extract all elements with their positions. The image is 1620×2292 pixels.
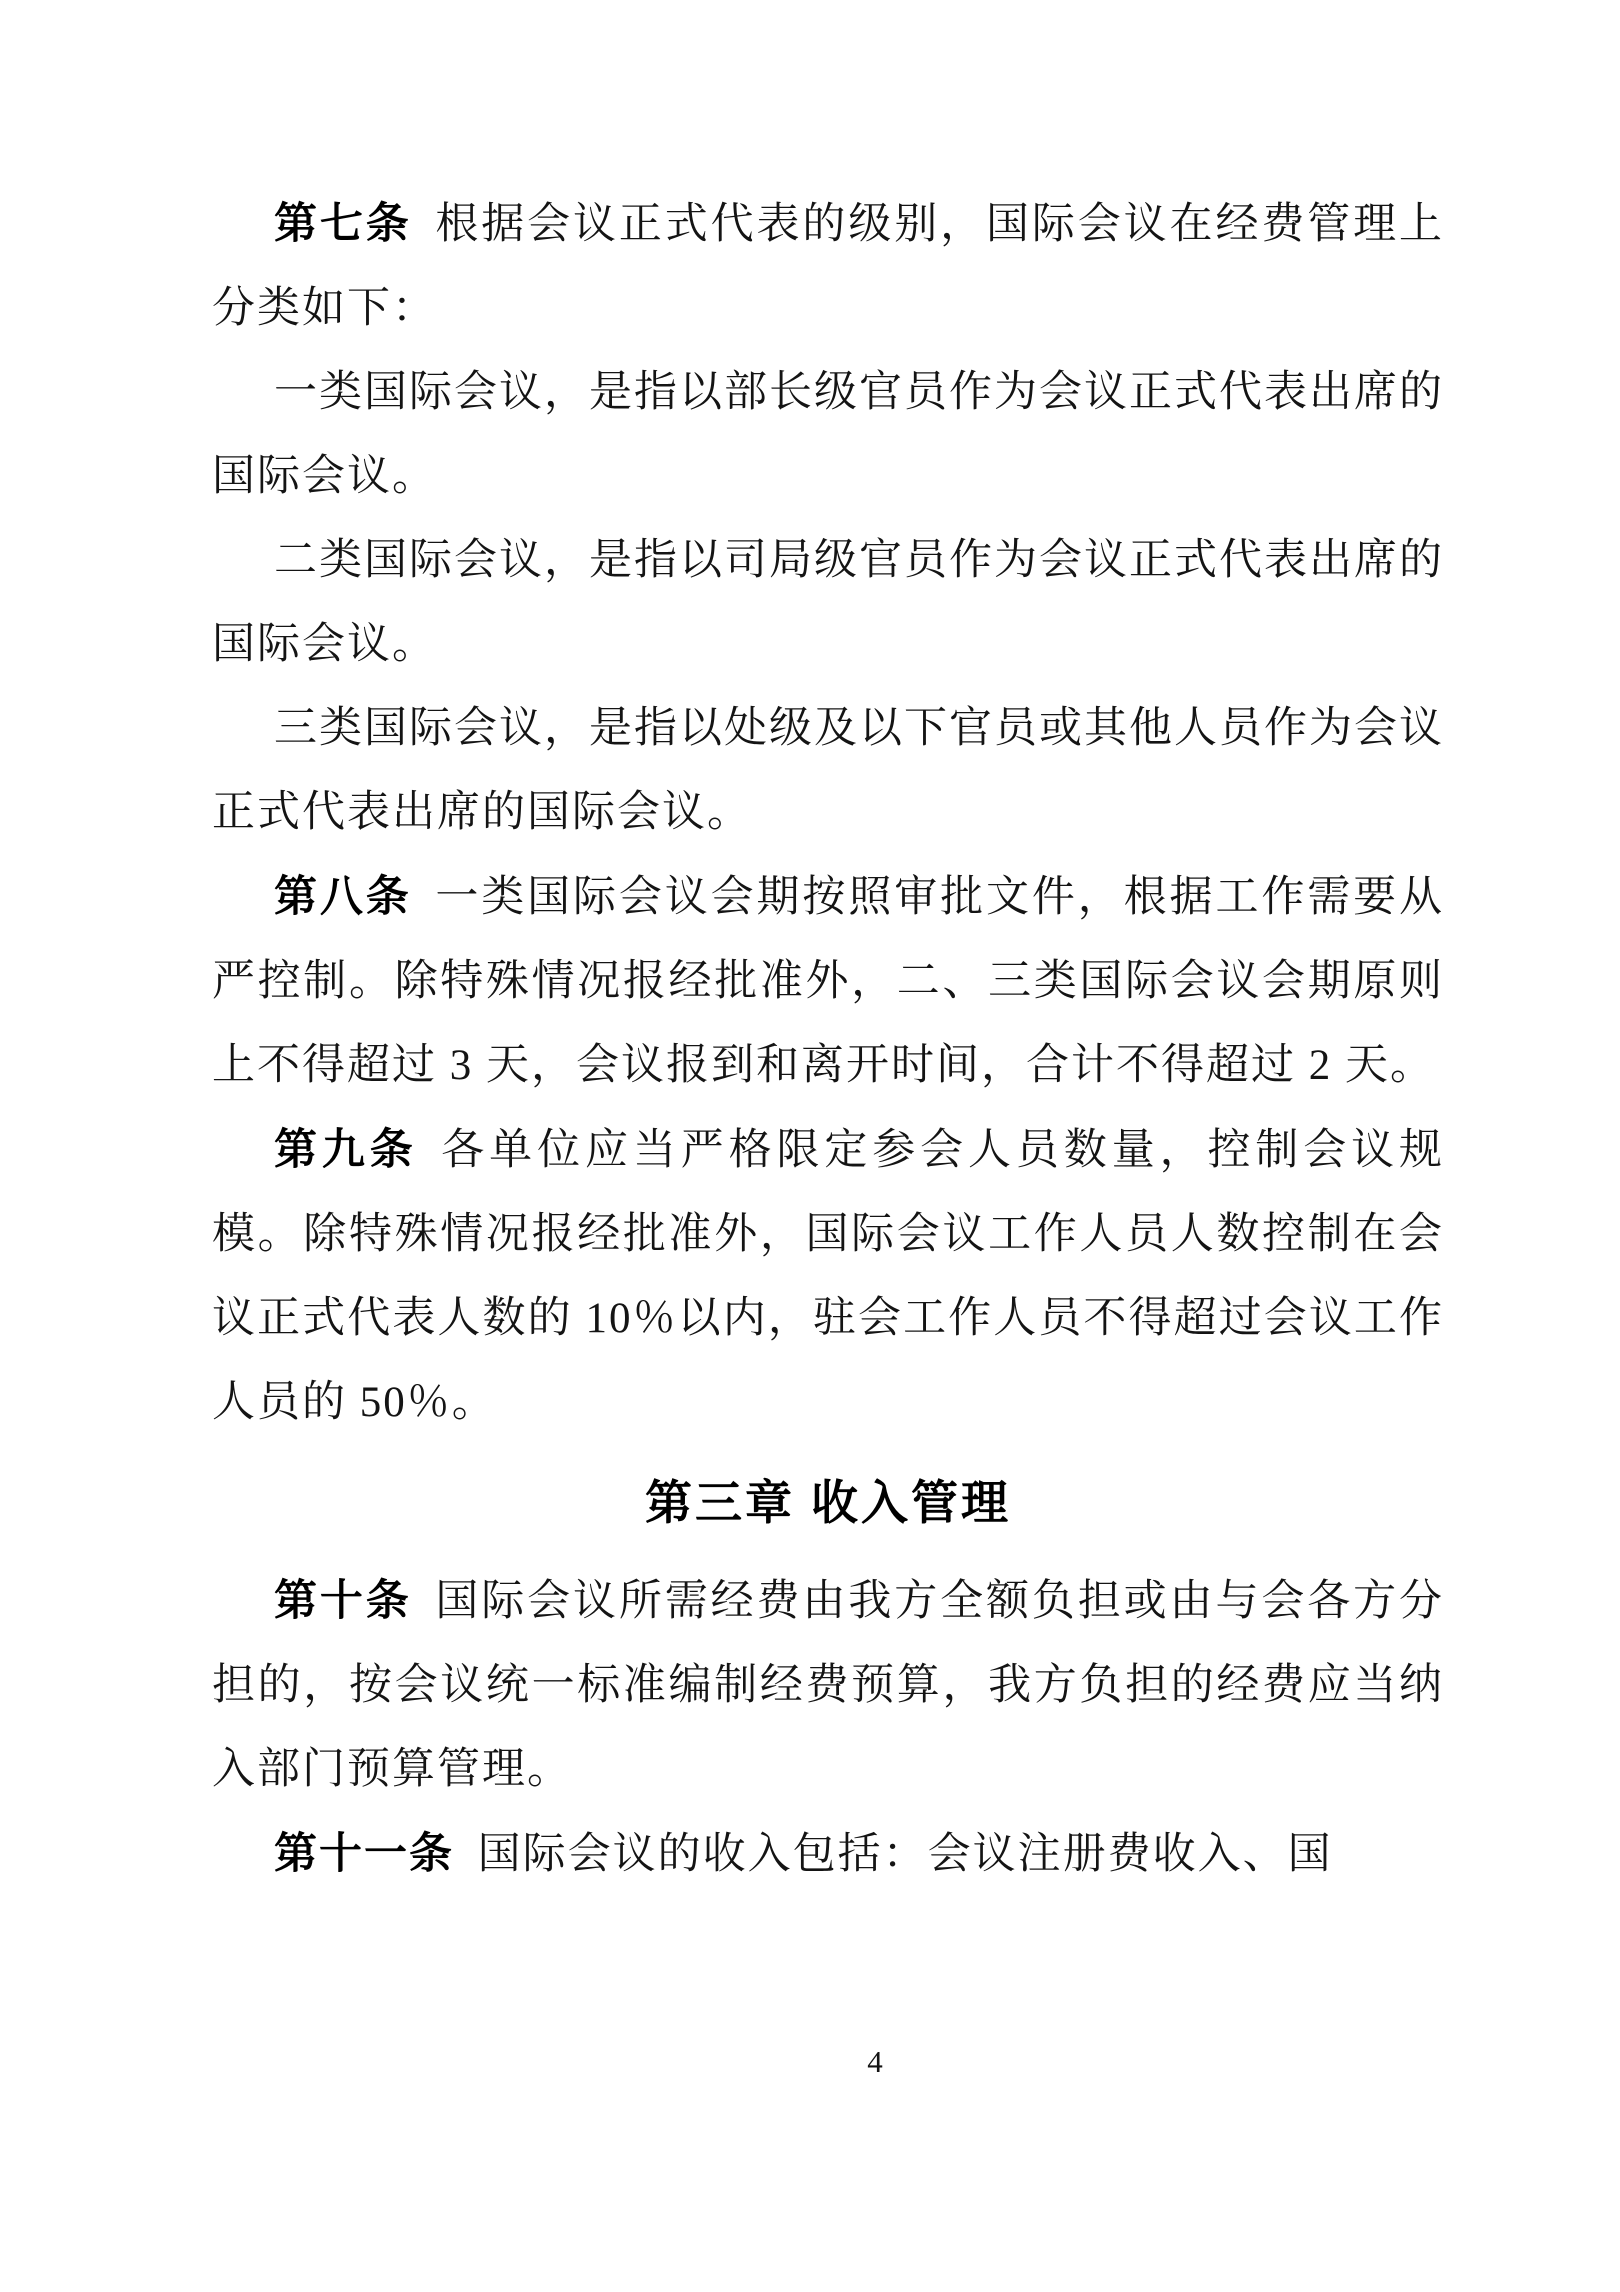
article-7-label: 第七条 [274,200,412,248]
paragraph-class-3: 三类国际会议，是指以处级及以下官员或其他人员作为会议正式代表出席的国际会议。 [212,687,1444,855]
article-11-text: 国际会议的收入包括：会议注册费收入、国 [478,1831,1333,1878]
paragraph-article-11: 第十一条国际会议的收入包括：会议注册费收入、国 [212,1812,1444,1897]
article-11-label: 第十一条 [274,1830,454,1878]
paragraph-article-9: 第九条各单位应当严格限定参会人员数量，控制会议规模。除特殊情况报经批准外，国际会… [212,1108,1444,1445]
class-1-text: 一类国际会议，是指以部长级官员作为会议正式代表出席的国际会议。 [212,369,1444,500]
page-content: 第七条根据会议正式代表的级别，国际会议在经费管理上分类如下： 一类国际会议，是指… [212,182,1444,1897]
chapter-heading: 第三章 收入管理 [212,1473,1444,1533]
article-9-label: 第九条 [274,1126,418,1174]
paragraph-article-7: 第七条根据会议正式代表的级别，国际会议在经费管理上分类如下： [212,182,1444,351]
paragraph-class-2: 二类国际会议，是指以司局级官员作为会议正式代表出席的国际会议。 [212,519,1444,687]
page-number: 4 [0,2042,1620,2082]
paragraph-class-1: 一类国际会议，是指以部长级官员作为会议正式代表出席的国际会议。 [212,351,1444,519]
class-2-text: 二类国际会议，是指以司局级官员作为会议正式代表出席的国际会议。 [212,537,1444,668]
article-8-label: 第八条 [274,873,412,921]
article-10-label: 第十条 [274,1577,412,1625]
class-3-text: 三类国际会议，是指以处级及以下官员或其他人员作为会议正式代表出席的国际会议。 [212,705,1444,836]
document-page: 第七条根据会议正式代表的级别，国际会议在经费管理上分类如下： 一类国际会议，是指… [0,0,1620,2292]
paragraph-article-8: 第八条一类国际会议会期按照审批文件，根据工作需要从严控制。除特殊情况报经批准外，… [212,855,1444,1108]
paragraph-article-10: 第十条国际会议所需经费由我方全额负担或由与会各方分担的，按会议统一标准编制经费预… [212,1559,1444,1812]
